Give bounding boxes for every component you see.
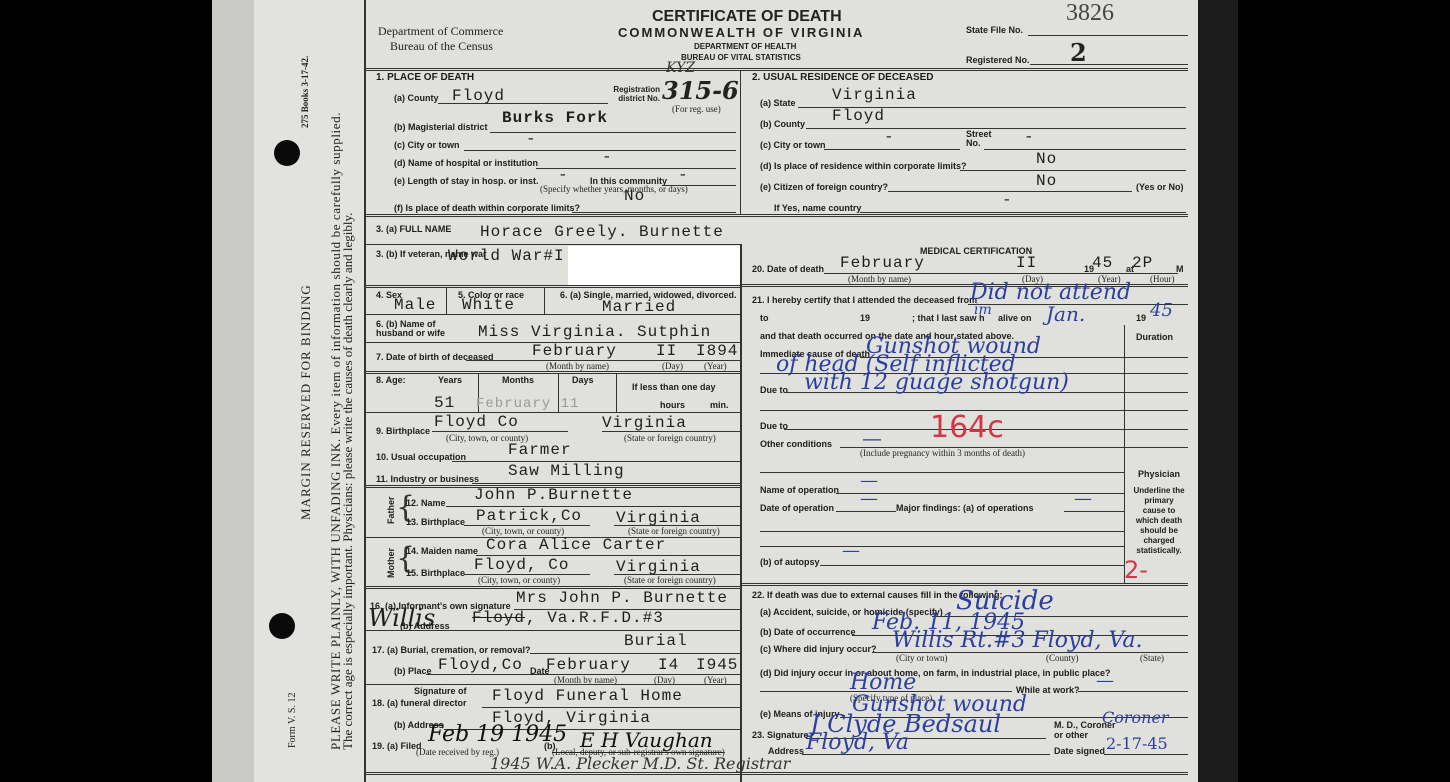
underline-note: Underline the primary cause to which dea…: [1132, 486, 1186, 556]
res-corporate-label: (d) Is place of residence within corpora…: [760, 161, 967, 171]
birthplace-city: Floyd Co: [434, 413, 519, 431]
age-months-struck: February 11: [476, 396, 579, 412]
full-name: Horace Greely. Burnette: [480, 223, 724, 241]
death-city-label: (c) City or town: [394, 140, 460, 150]
res-county-label: (b) County: [760, 119, 805, 129]
op-date-label: Date of operation: [760, 503, 834, 513]
alive-on-label: alive on: [998, 313, 1032, 323]
registered-label: Registered No.: [966, 55, 1030, 65]
while-at-work: —: [1096, 670, 1114, 691]
informant-address: , Va.R.F.D.#3: [526, 609, 664, 627]
reg-district-no: 315-6: [662, 76, 739, 105]
burial-day: I4: [658, 656, 679, 674]
last-saw-date: Jan.: [1046, 302, 1085, 326]
less-than-day-label: If less than one day: [632, 382, 716, 392]
binding-note: MARGIN RESERVED FOR BINDING: [298, 284, 314, 520]
spouse-name: Miss Virginia. Sutphin: [478, 323, 711, 341]
burial-method: Burial: [624, 632, 688, 650]
father-bp-city: Patrick,Co: [476, 507, 582, 525]
hours-label: hours: [660, 400, 685, 410]
place-of-death-heading: 1. PLACE OF DEATH: [376, 72, 474, 83]
days-label: Days: [572, 375, 594, 385]
dod-month: February: [840, 254, 925, 272]
reg-district-label: Registration district No.: [612, 85, 660, 103]
father-state-note: (State or foreign country): [628, 526, 720, 536]
classification-code: 164c: [930, 410, 1004, 445]
operation-date: —: [860, 488, 878, 509]
dod-label: 20. Date of death: [752, 264, 824, 274]
country-label: If Yes, name country: [774, 203, 861, 213]
filed-label: 19. (a) Filed: [372, 741, 422, 751]
res-city-label: (c) City or town: [760, 140, 826, 150]
director-sig-label: Signature of: [414, 686, 467, 696]
director-label: 18. (a) funeral director: [372, 698, 467, 708]
father-name-label: 12. Name: [406, 498, 446, 508]
dept-commerce: Department of Commerce: [378, 24, 503, 39]
birthplace-label: 9. Birthplace: [376, 426, 430, 436]
mother-maiden-name: Cora Alice Carter: [486, 536, 666, 554]
physician-mark: 2-: [1124, 556, 1148, 584]
magisterial-label: (b) Magisterial district: [394, 122, 488, 132]
foreign-country: -: [1002, 191, 1013, 209]
min-label: min.: [710, 400, 729, 410]
other-conditions: —: [862, 426, 882, 450]
filed-note: (Date received by reg.): [416, 747, 499, 757]
state-registrar: 1945 W.A. Plecker M.D. St. Registrar: [490, 754, 790, 773]
where-state-note: (State): [1140, 653, 1164, 663]
mother-bp-label: 15. Birthplace: [406, 568, 465, 578]
bureau-vital: BUREAU OF VITAL STATISTICS: [681, 53, 801, 62]
punch-hole-top: [274, 140, 300, 166]
paper-left-edge: [212, 0, 254, 782]
findings-operation: —: [1074, 488, 1092, 509]
res-state-label: (a) State: [760, 98, 796, 108]
injury-location: Willis Rt.#3 Floyd, Va.: [892, 628, 1143, 653]
reg-use-note: (For reg. use): [672, 104, 721, 114]
dod-month-note: (Month by name): [848, 274, 911, 284]
corporate-label: (f) Is place of death within corporate l…: [394, 203, 580, 213]
binding-margin: MARGIN RESERVED FOR BINDING PLEASE WRITE…: [254, 0, 364, 782]
burial-month: February: [546, 656, 631, 674]
res-street: -: [1024, 128, 1035, 146]
yes-no-note: (Yes or No): [1136, 182, 1184, 192]
race: White: [462, 296, 515, 314]
pregnancy-note: (Include pregnancy within 3 months of de…: [860, 448, 1025, 458]
to-year-prefix: 19: [860, 313, 870, 323]
commonwealth: COMMONWEALTH OF VIRGINIA: [618, 25, 864, 40]
burial-place: Floyd,Co: [438, 656, 523, 674]
print-run: 275 Books 3-17-42.: [300, 56, 310, 128]
veteran-war: World War#I: [448, 247, 565, 265]
where-county-note: (County): [1046, 653, 1079, 663]
dept-health: DEPARTMENT OF HEALTH: [694, 42, 796, 51]
mother-state-note: (State or foreign country): [624, 575, 716, 585]
res-city: -: [884, 128, 895, 146]
reg-district-extra: KYZ: [666, 60, 695, 76]
last-saw-year-prefix: 19: [1136, 313, 1146, 323]
dob-month: February: [532, 342, 617, 360]
foreign-label: (e) Citizen of foreign country?: [760, 182, 888, 192]
stay-length: -: [558, 166, 569, 184]
residence-heading: 2. USUAL RESIDENCE OF DECEASED: [752, 72, 934, 83]
autopsy-findings: —: [842, 540, 860, 561]
state-file-label: State File No.: [966, 25, 1023, 35]
father-label: Father: [386, 496, 396, 524]
date-signed: 2-17-45: [1106, 734, 1168, 753]
death-certificate-form: Department of Commerce Bureau of the Cen…: [364, 0, 1198, 782]
where-city-note: (City or town): [896, 653, 948, 663]
dob-month-note: (Month by name): [546, 361, 609, 371]
physician-address: Floyd, Va: [806, 730, 909, 755]
due-to-label: Due to: [760, 385, 788, 395]
physician-address-label: Address: [768, 746, 804, 756]
form-number: Form V. S. 12: [287, 693, 298, 748]
father-name: John P.Burnette: [474, 486, 633, 504]
mother-name-label: 14. Maiden name: [406, 546, 478, 556]
where-label: (c) Where did injury occur?: [760, 644, 877, 654]
dod-hour: 2P: [1132, 254, 1153, 272]
full-name-label: 3. (a) FULL NAME: [376, 224, 451, 234]
dod-day: II: [1016, 254, 1037, 272]
dob-day: II: [656, 342, 677, 360]
operation-label: Name of operation: [760, 485, 839, 495]
mother-label: Mother: [386, 548, 396, 578]
father-bp-state: Virginia: [616, 509, 701, 527]
months-label: Months: [502, 375, 534, 385]
occurrence-date-label: (b) Date of occurrence: [760, 627, 856, 637]
res-corporate-limits: No: [1036, 150, 1057, 168]
informant-address-struck: Floyd: [472, 609, 525, 627]
father-bp-label: 13. Birthplace: [406, 517, 465, 527]
death-corporate-limits: No: [624, 187, 645, 205]
age-label: 8. Age:: [376, 375, 406, 385]
redacted-region: [568, 246, 740, 286]
certify-label: 21. I hereby certify that I attended the…: [752, 295, 977, 305]
state-file-number: 3826: [1066, 0, 1114, 27]
birthplace-state-note: (State or foreign country): [624, 433, 716, 443]
funeral-director: Floyd Funeral Home: [492, 687, 683, 705]
birthplace-state: Virginia: [602, 414, 687, 432]
burial-method-label: 17. (a) Burial, cremation, or removal?: [372, 645, 531, 655]
dob-year-note: (Year): [704, 361, 727, 371]
occupation: Farmer: [508, 441, 572, 459]
m-label: M: [1176, 264, 1184, 274]
sex: Male: [394, 296, 436, 314]
dob-year: I894: [696, 342, 738, 360]
hospital-name: -: [602, 148, 613, 166]
community-stay: -: [678, 166, 689, 184]
death-county: Floyd: [452, 87, 505, 105]
father-city-note: (City, town, or county): [482, 526, 564, 536]
dob-day-note: (Day): [662, 361, 683, 371]
res-state: Virginia: [832, 86, 917, 104]
physician-label: Physician: [1138, 469, 1180, 479]
duration-label: Duration: [1136, 332, 1173, 342]
stay-note: (Specify whether years, months, or days): [540, 184, 688, 194]
punch-hole-bottom: [269, 613, 295, 639]
physician-signature-label: 23. Signature: [752, 730, 809, 740]
spouse-label: 6. (b) Name of husband or wife: [376, 320, 466, 338]
mother-bp-city: Floyd, Co: [474, 556, 569, 574]
dod-year: 45: [1092, 254, 1113, 272]
dod-hour-note: (Hour): [1150, 274, 1175, 284]
injury-place-question: (d) Did injury occur in or about home, o…: [760, 668, 1111, 678]
age-years: 51: [434, 394, 455, 412]
death-city: -: [526, 130, 537, 148]
burial-year: I945: [696, 656, 738, 674]
industry: Saw Milling: [508, 462, 625, 480]
mother-bp-state: Virginia: [616, 558, 701, 576]
other-conditions-label: Other conditions: [760, 439, 832, 449]
instruction-line-2: The correct age is especially important.…: [340, 213, 356, 750]
bureau-census: Bureau of the Census: [390, 39, 493, 54]
stay-label: (e) Length of stay in hosp. or inst.: [394, 176, 539, 186]
hospital-label: (d) Name of hospital or institution: [394, 158, 538, 168]
last-saw-pronoun: im: [974, 302, 992, 318]
findings-label: Major findings: (a) of operations: [896, 503, 1034, 513]
county-label: (a) County: [394, 93, 439, 103]
certificate-title: CERTIFICATE OF DEATH: [652, 8, 842, 26]
registered-number: 2: [1070, 38, 1087, 67]
informant-address-hand: Willis: [368, 604, 435, 632]
to-label: to: [760, 313, 769, 323]
magisterial-district: Burks Fork: [502, 109, 608, 127]
immediate-cause-3: with 12 guage shotgun): [804, 370, 1069, 395]
mother-city-note: (City, town, or county): [478, 575, 560, 585]
foreign-citizen: No: [1036, 172, 1057, 190]
paper-right-edge: [1196, 0, 1238, 782]
street-label: Street No.: [966, 130, 996, 148]
autopsy-label: (b) of autopsy: [760, 557, 820, 567]
res-county: Floyd: [832, 107, 885, 125]
last-saw-year: 45: [1150, 300, 1173, 321]
industry-label: 11. Industry or business: [376, 474, 479, 484]
years-label: Years: [438, 375, 462, 385]
md-coroner-value: Coroner: [1102, 708, 1169, 727]
informant-signature: Mrs John P. Burnette: [516, 589, 728, 607]
date-signed-label: Date signed: [1054, 746, 1105, 756]
